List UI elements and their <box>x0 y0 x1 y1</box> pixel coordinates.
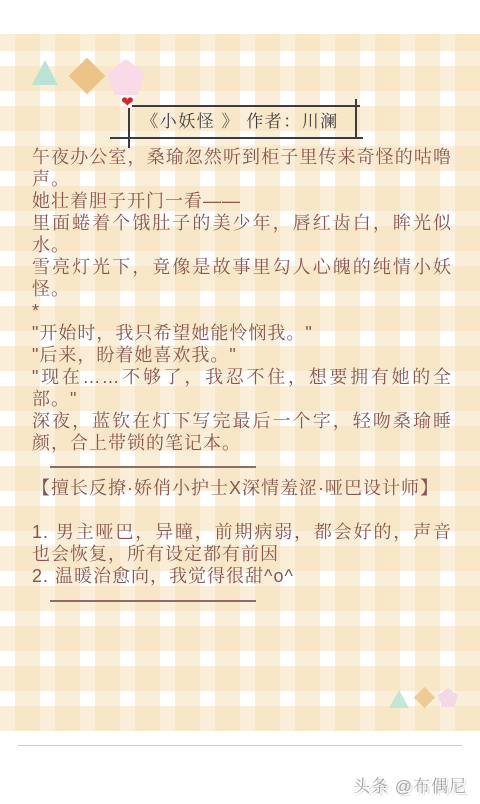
note-item: 2. 温暖治愈向，我觉得很甜^o^ <box>32 565 452 587</box>
story-paragraph: 雪亮灯光下，竟像是故事里勾人心魄的纯情小妖怪。 <box>32 256 452 300</box>
story-paragraph: "现在……不够了，我忍不住，想要拥有她的全部。" <box>32 366 452 410</box>
story-content: 午夜办公室，桑瑜忽然听到柜子里传来奇怪的咕噜声。 她壮着胆子开门一看—— 里面蜷… <box>32 146 452 611</box>
section-divider <box>50 466 256 468</box>
story-paragraph: 里面蜷着个饿肚子的美少年，唇红齿白，眸光似水。 <box>32 212 452 256</box>
watermark: 头条 @布偶尼 <box>353 772 467 797</box>
book-title: 《小妖怪 》 作者：川澜 <box>123 105 357 139</box>
story-paragraph: "后来，盼着她喜欢我。" <box>32 344 452 366</box>
title-box: ❤ 《小妖怪 》 作者：川澜 <box>123 105 357 139</box>
story-paragraph: "开始时，我只希望她能怜悯我。" <box>32 322 452 344</box>
story-paragraph: * <box>32 300 452 322</box>
story-paragraph: 她壮着胆子开门一看—— <box>32 190 452 212</box>
story-paragraph: 深夜，蓝钦在灯下写完最后一个字，轻吻桑瑜睡颜，合上带锁的笔记本。 <box>32 410 452 454</box>
triangle-icon <box>32 60 58 85</box>
book-rec-card: ❤ 《小妖怪 》 作者：川澜 午夜办公室，桑瑜忽然听到柜子里传来奇怪的咕噜声。 … <box>0 0 480 804</box>
footer-divider <box>18 745 462 746</box>
story-paragraph: 午夜办公室，桑瑜忽然听到柜子里传来奇怪的咕噜声。 <box>32 146 452 190</box>
note-item: 1. 男主哑巴，异瞳，前期病弱，都会好的，声音也会恢复，所有设定都有前因 <box>32 521 452 565</box>
pairing-tags: 【擅长反撩·娇俏小护士X深情羞涩·哑巴设计师】 <box>32 477 452 499</box>
triangle-icon <box>389 690 409 708</box>
section-divider <box>50 600 256 602</box>
